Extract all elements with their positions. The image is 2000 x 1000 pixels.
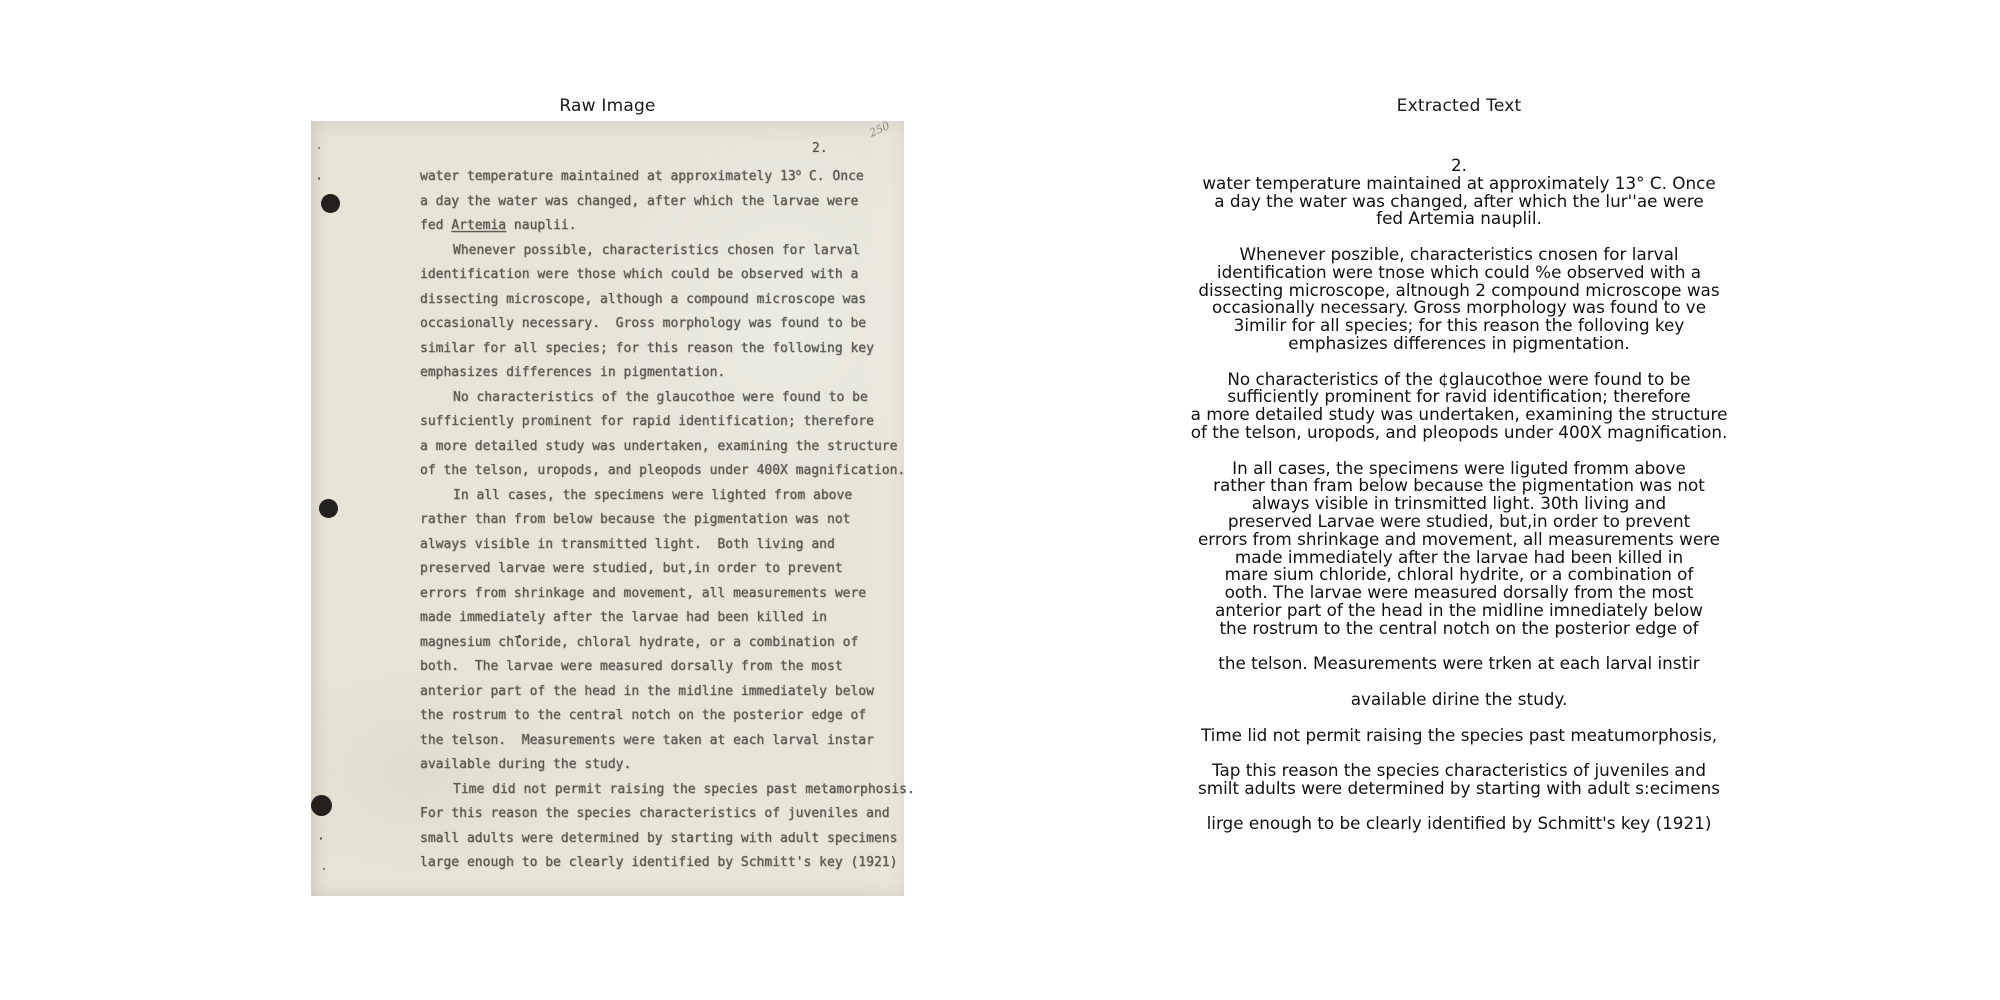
dust-speck <box>320 837 322 840</box>
extracted-text-line: errors from shrinkage and movement, all … <box>1159 531 1759 549</box>
scan-text-line: rather than from below because the pigme… <box>420 508 898 533</box>
scan-text-line: large enough to be clearly identified by… <box>420 851 898 876</box>
page-number: 2. <box>812 141 828 156</box>
extracted-text-panel-title: Extracted Text <box>1159 96 1759 116</box>
extracted-paragraph: 2.water temperature maintained at approx… <box>1159 157 1759 228</box>
handwritten-corner-mark: 250 <box>867 119 891 139</box>
extracted-paragraph: Time lid not permit raising the species … <box>1159 727 1759 745</box>
scan-text-line: For this reason the species characterist… <box>420 802 898 827</box>
scan-text-line: always visible in transmitted light. Bot… <box>420 533 898 558</box>
scan-text-line: a more detailed study was undertaken, ex… <box>420 435 898 460</box>
scan-text-line: No characteristics of the glaucothoe wer… <box>420 386 898 411</box>
scanned-typewritten-text: water temperature maintained at approxim… <box>420 161 898 876</box>
scan-text-line: a day the water was changed, after which… <box>420 190 898 215</box>
hole-punch-mark <box>319 499 338 518</box>
extracted-paragraph: Whenever poszible, characteristics cnose… <box>1159 246 1759 353</box>
extracted-text-line: water temperature maintained at approxim… <box>1159 175 1759 193</box>
scan-text-line: dissecting microscope, although a compou… <box>420 288 898 313</box>
scan-text-line: errors from shrinkage and movement, all … <box>420 582 898 607</box>
dust-speck <box>318 177 320 180</box>
extracted-text-line: smilt adults were determined by starting… <box>1159 780 1759 798</box>
extracted-text-line: emphasizes differences in pigmentation. <box>1159 335 1759 353</box>
extracted-paragraph: available dirine the study. <box>1159 691 1759 709</box>
hole-punch-mark <box>321 194 340 213</box>
extracted-paragraph: No characteristics of the ¢glaucothoe we… <box>1159 371 1759 442</box>
scan-text-line: emphasizes differences in pigmentation. <box>420 361 898 386</box>
extracted-text-line: identification were tnose which could %e… <box>1159 264 1759 282</box>
scan-text-line: identification were those which could be… <box>420 263 898 288</box>
extracted-paragraph: the telson. Measurements were trken at e… <box>1159 655 1759 673</box>
extracted-text-body: 2.water temperature maintained at approx… <box>1159 157 1759 851</box>
ocr-comparison-view: Raw Image Extracted Text 250 2. water te… <box>0 0 2000 1000</box>
extracted-paragraph: In all cases, the specimens were liguted… <box>1159 460 1759 638</box>
scan-text-line: small adults were determined by starting… <box>420 827 898 852</box>
raw-image-panel-title: Raw Image <box>311 96 904 116</box>
scan-text-line: Whenever possible, characteristics chose… <box>420 239 898 264</box>
scanned-document-image: 250 2. water temperature maintained at a… <box>311 121 904 896</box>
dust-speck <box>323 868 325 870</box>
scan-text-line: magnesium chloride, chloral hydrate, or … <box>420 631 898 656</box>
scan-text-line: fed Artemia nauplii. <box>420 214 898 239</box>
extracted-text-line: available dirine the study. <box>1159 691 1759 709</box>
extracted-text-line: the rostrum to the central notch on the … <box>1159 620 1759 638</box>
scan-text-line: the rostrum to the central notch on the … <box>420 704 898 729</box>
hole-punch-mark <box>311 795 332 816</box>
extracted-paragraph: Tap this reason the species characterist… <box>1159 762 1759 798</box>
extracted-text-line: fed Artemia nauplil. <box>1159 210 1759 228</box>
scan-text-line: the telson. Measurements were taken at e… <box>420 729 898 754</box>
scan-text-line: In all cases, the specimens were lighted… <box>420 484 898 509</box>
extracted-text-line: the telson. Measurements were trken at e… <box>1159 655 1759 673</box>
scan-text-line: sufficiently prominent for rapid identif… <box>420 410 898 435</box>
extracted-text-line: lirge enough to be clearly identified by… <box>1159 815 1759 833</box>
extracted-text-line: of the telson, uropods, and pleopods und… <box>1159 424 1759 442</box>
scan-text-line: Time did not permit raising the species … <box>420 778 898 803</box>
scan-text-line: both. The larvae were measured dorsally … <box>420 655 898 680</box>
extracted-paragraph: lirge enough to be clearly identified by… <box>1159 815 1759 833</box>
scan-text-line: similar for all species; for this reason… <box>420 337 898 362</box>
scan-text-line: available during the study. <box>420 753 898 778</box>
dust-speck <box>318 147 320 149</box>
extracted-text-line: Time lid not permit raising the species … <box>1159 727 1759 745</box>
scan-text-line: occasionally necessary. Gross morphology… <box>420 312 898 337</box>
scan-text-line: made immediately after the larvae had be… <box>420 606 898 631</box>
scan-text-line: preserved larvae were studied, but,in or… <box>420 557 898 582</box>
scan-text-line: of the telson, uropods, and pleopods und… <box>420 459 898 484</box>
scan-text-line: water temperature maintained at approxim… <box>420 161 898 190</box>
scan-text-line: anterior part of the head in the midline… <box>420 680 898 705</box>
